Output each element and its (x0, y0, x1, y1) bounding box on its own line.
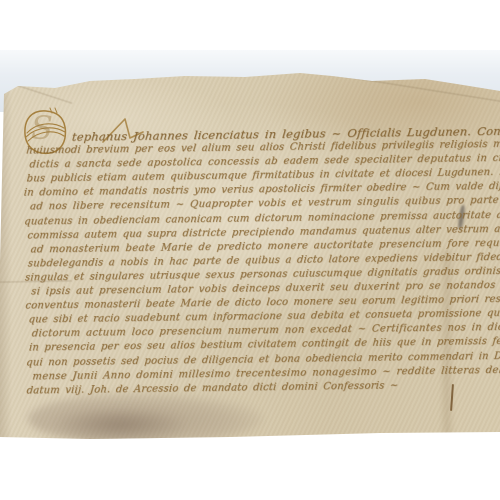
manuscript-photo: S tephanus Johannes licenciatus in legib… (0, 0, 500, 500)
manuscript-text: tephanus Johannes licenciatus in legibus… (0, 124, 500, 399)
stain (55, 408, 185, 444)
